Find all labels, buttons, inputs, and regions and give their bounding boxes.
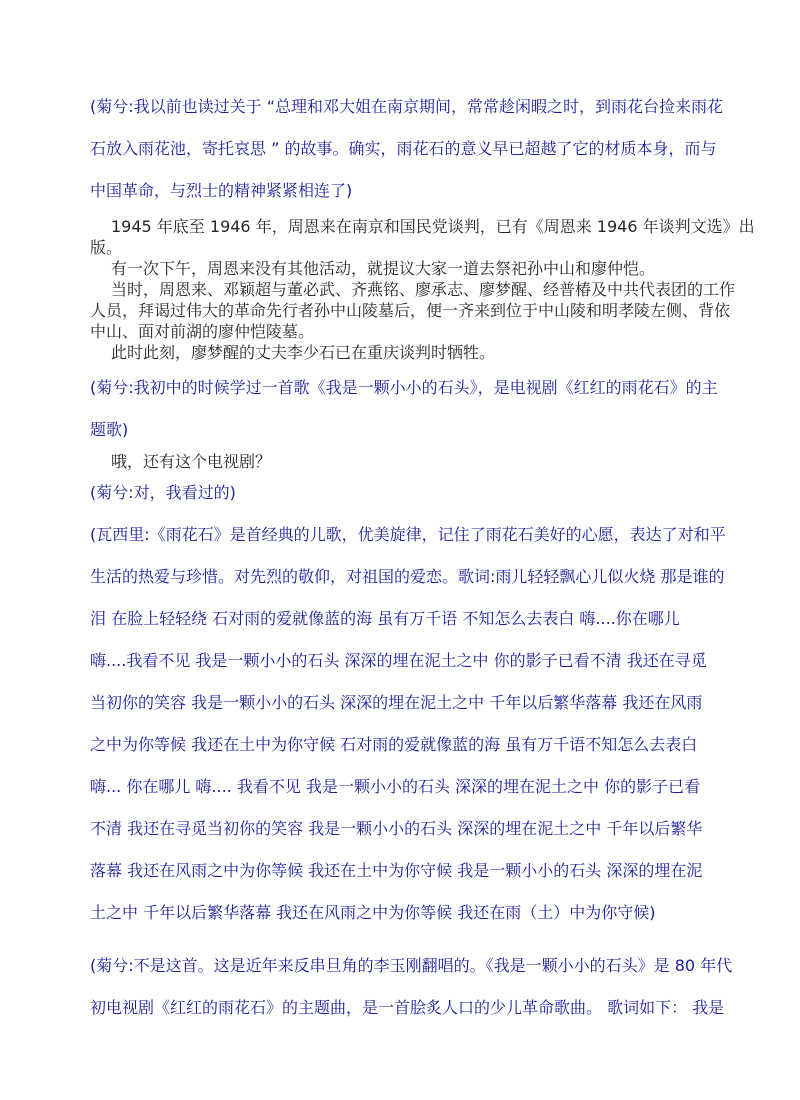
text-line: (菊兮:不是这首。这是近年来反串旦角的李玉刚翻唱的。《我是一颗小小的石头》是 8… bbox=[90, 945, 712, 987]
paragraph-8: (菊兮:对，我看过的) bbox=[90, 472, 712, 514]
document-body: (菊兮:我以前也读过关于 “总理和邓大姐在南京期间，常常趁闲暇之时，到雨花台捡来… bbox=[0, 0, 800, 1029]
text-line: 不清 我还在寻觅当初你的笑容 我是一颗小小的石头 深深的埋在泥土之中 千年以后繁… bbox=[90, 808, 712, 850]
text-line: 之中为你等候 我还在土中为你守候 石对雨的爱就像蓝的海 虽有万千语不知怎么去表白 bbox=[90, 724, 712, 766]
text-line: 此时此刻，廖梦醒的丈夫李少石已在重庆谈判时牺牲。 bbox=[90, 342, 712, 363]
paragraph-10: (菊兮:不是这首。这是近年来反串旦角的李玉刚翻唱的。《我是一颗小小的石头》是 8… bbox=[90, 945, 712, 1029]
text-line: (菊兮:我初中的时候学过一首歌《我是一颗小小的石头》，是电视剧《红红的雨花石》的… bbox=[90, 367, 712, 409]
text-line: 嗨....我看不见 我是一颗小小的石头 深深的埋在泥土之中 你的影子已看不清 我… bbox=[90, 640, 712, 682]
text-line: 人员，拜谒过伟大的革命先行者孙中山陵墓后，便一齐来到位于中山陵和明孝陵左侧、背依 bbox=[90, 300, 712, 321]
text-line: 石放入雨花池，寄托哀思 ” 的故事。确实，雨花石的意义早已超越了它的材质本身，而… bbox=[90, 128, 712, 170]
text-line: 泪 在脸上轻轻绕 石对雨的爱就像蓝的海 虽有万千语 不知怎么去表白 嗨....你… bbox=[90, 598, 712, 640]
text-line: 初电视剧《红红的雨花石》的主题曲，是一首脍炙人口的少儿革命歌曲。 歌词如下： 我… bbox=[90, 987, 712, 1029]
page: { "document": { "background_color": "#ff… bbox=[0, 0, 800, 1100]
text-line: 题歌) bbox=[90, 409, 712, 451]
text-line: (菊兮:对，我看过的) bbox=[90, 472, 712, 514]
paragraph-3: 有一次下午，周恩来没有其他活动，就提议大家一道去祭祀孙中山和廖仲恺。 bbox=[90, 258, 712, 279]
text-line: 1945 年底至 1946 年，周恩来在南京和国民党谈判，已有《周恩来 1946… bbox=[90, 216, 712, 237]
text-line: 版。 bbox=[90, 237, 712, 258]
text-line: 嗨... 你在哪儿 嗨.... 我看不见 我是一颗小小的石头 深深的埋在泥土之中… bbox=[90, 766, 712, 808]
text-line: 中山、面对前湖的廖仲恺陵墓。 bbox=[90, 321, 712, 342]
paragraph-7: 哦，还有这个电视剧？ bbox=[90, 451, 712, 472]
paragraph-9: (瓦西里:《雨花石》是首经典的儿歌，优美旋律，记住了雨花石美好的心愿，表达了对和… bbox=[90, 514, 712, 934]
paragraph-2: 1945 年底至 1946 年，周恩来在南京和国民党谈判，已有《周恩来 1946… bbox=[90, 216, 712, 258]
text-line: 哦，还有这个电视剧？ bbox=[90, 451, 712, 472]
text-line: (瓦西里:《雨花石》是首经典的儿歌，优美旋律，记住了雨花石美好的心愿，表达了对和… bbox=[90, 514, 712, 556]
document-page: (菊兮:我以前也读过关于 “总理和邓大姐在南京期间，常常趁闲暇之时，到雨花台捡来… bbox=[0, 0, 800, 1100]
text-line: 落幕 我还在风雨之中为你等候 我还在土中为你守候 我是一颗小小的石头 深深的埋在… bbox=[90, 850, 712, 892]
paragraph-4: 当时，周恩来、邓颖超与董必武、齐燕铭、廖承志、廖梦醒、经普椿及中共代表团的工作人… bbox=[90, 279, 712, 342]
paragraph-5: 此时此刻，廖梦醒的丈夫李少石已在重庆谈判时牺牲。 bbox=[90, 342, 712, 363]
text-line: 当初你的笑容 我是一颗小小的石头 深深的埋在泥土之中 千年以后繁华落幕 我还在风… bbox=[90, 682, 712, 724]
text-line: 有一次下午，周恩来没有其他活动，就提议大家一道去祭祀孙中山和廖仲恺。 bbox=[90, 258, 712, 279]
text-line: 生活的热爱与珍惜。对先烈的敬仰，对祖国的爱恋。歌词:雨儿轻轻飘心儿似火烧 那是谁… bbox=[90, 556, 712, 598]
text-line: 中国革命，与烈士的精神紧紧相连了) bbox=[90, 170, 712, 212]
paragraph-6: (菊兮:我初中的时候学过一首歌《我是一颗小小的石头》，是电视剧《红红的雨花石》的… bbox=[90, 367, 712, 451]
text-line: (菊兮:我以前也读过关于 “总理和邓大姐在南京期间，常常趁闲暇之时，到雨花台捡来… bbox=[90, 86, 712, 128]
text-line: 当时，周恩来、邓颖超与董必武、齐燕铭、廖承志、廖梦醒、经普椿及中共代表团的工作 bbox=[90, 279, 712, 300]
text-line: 土之中 千年以后繁华落幕 我还在风雨之中为你等候 我还在雨（土）中为你守候) bbox=[90, 892, 712, 934]
paragraph-1: (菊兮:我以前也读过关于 “总理和邓大姐在南京期间，常常趁闲暇之时，到雨花台捡来… bbox=[90, 86, 712, 212]
